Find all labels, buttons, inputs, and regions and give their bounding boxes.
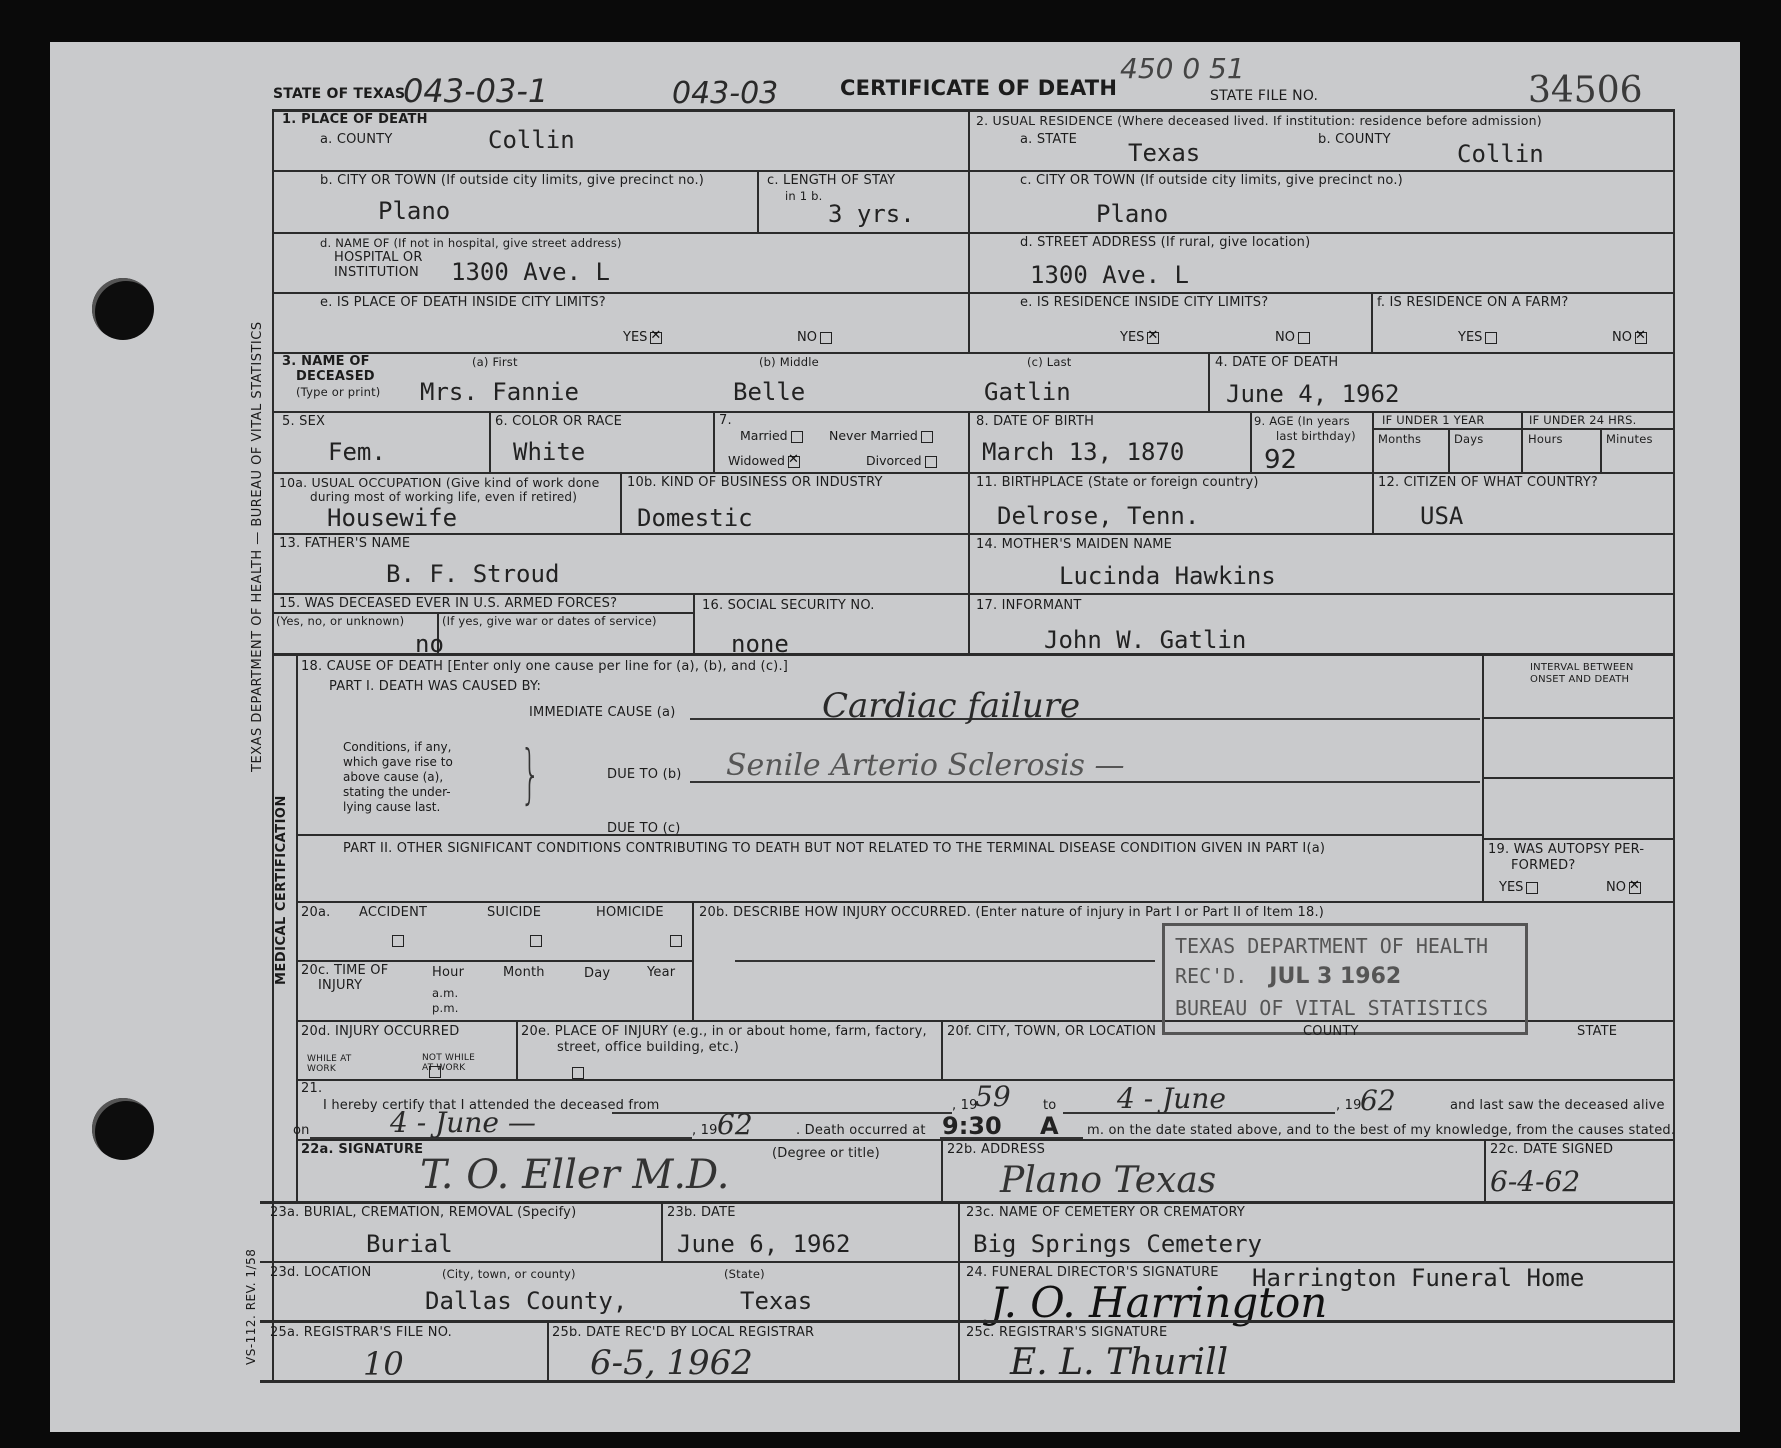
dob-field[interactable]: March 13, 1870	[982, 438, 1184, 466]
checkbox[interactable]	[1526, 882, 1538, 894]
last-name-field[interactable]: Gatlin	[984, 378, 1071, 406]
divider	[1208, 352, 1210, 412]
married-label: Married	[740, 428, 788, 443]
month-label: Month	[503, 965, 545, 980]
form-right-border	[1673, 109, 1675, 1381]
divider	[661, 1201, 663, 1261]
ssn-label: 16. SOCIAL SECURITY NO.	[702, 598, 875, 613]
stamped-file-number: 34506	[1528, 70, 1643, 111]
burial-date-field[interactable]: June 6, 1962	[677, 1230, 850, 1258]
divider	[1484, 1139, 1486, 1201]
homicide-label: HOMICIDE	[596, 905, 664, 920]
farm-label: f. IS RESIDENCE ON A FARM?	[1377, 295, 1568, 310]
age-label: 9. AGE (In years	[1254, 414, 1350, 428]
occupation-label: 10a. USUAL OCCUPATION (Give kind of work…	[279, 475, 600, 490]
divider	[1372, 411, 1374, 472]
armed-service-label: (If yes, give war or dates of service)	[442, 614, 657, 628]
never-married-label: Never Married	[829, 428, 918, 443]
divider	[260, 1261, 1673, 1263]
farm-yes[interactable]: YES	[1458, 330, 1497, 345]
marital-never-married[interactable]: Never Married	[829, 428, 933, 443]
divider	[968, 411, 970, 656]
divider	[273, 533, 1673, 535]
registrar-date-field[interactable]: 6-5, 1962	[590, 1343, 753, 1383]
to-label: to	[1043, 1098, 1056, 1113]
divider	[273, 170, 1673, 172]
sex-field[interactable]: Fem.	[328, 438, 386, 466]
to-date-field[interactable]: 4 - June	[1117, 1082, 1226, 1115]
burial-date-label: 23b. DATE	[667, 1205, 736, 1220]
page-title: CERTIFICATE OF DEATH	[840, 76, 1117, 100]
divider	[273, 593, 1673, 595]
part1-label: PART I. DEATH WAS CAUSED BY:	[329, 679, 541, 694]
length-of-stay-field[interactable]: 3 yrs.	[828, 200, 915, 228]
autopsy-yes[interactable]: YES	[1499, 880, 1538, 895]
due-to-b-label: DUE TO (b)	[607, 767, 682, 782]
divider	[713, 411, 715, 472]
location-city-field[interactable]: Dallas County,	[425, 1287, 627, 1315]
residence-limits-no[interactable]: NO	[1275, 330, 1310, 345]
first-name-label: (a) First	[472, 355, 518, 369]
divider	[693, 593, 695, 654]
divider	[273, 352, 1673, 354]
address-label: 22b. ADDRESS	[947, 1142, 1045, 1157]
not-while-at-work-checkbox[interactable]	[572, 1067, 584, 1079]
divider	[1373, 428, 1673, 430]
medical-left-border	[296, 655, 298, 1203]
occupation-field[interactable]: Housewife	[327, 504, 457, 532]
first-name-field[interactable]: Mrs. Fannie	[420, 378, 579, 406]
checkbox-checked[interactable]	[1147, 332, 1159, 344]
divorced-label: Divorced	[866, 453, 922, 468]
business-field[interactable]: Domestic	[637, 504, 753, 532]
registrar-signature[interactable]: E. L. Thurill	[1010, 1342, 1228, 1383]
divider	[1250, 411, 1252, 472]
note-line: lying cause last.	[343, 800, 453, 815]
form-top-border	[273, 109, 1674, 112]
immediate-cause-field[interactable]: Cardiac failure	[822, 686, 1080, 726]
while-at-work-label-2: WORK	[307, 1064, 351, 1074]
race-label: 6. COLOR OR RACE	[495, 414, 622, 429]
death-time-field[interactable]: 9:30	[942, 1112, 1002, 1140]
residence-county-label: b. COUNTY	[1318, 132, 1391, 147]
not-while-at-work[interactable]: NOT WHILEAT WORK	[422, 1053, 475, 1073]
physician-signature[interactable]: T. O. Eller M.D.	[420, 1152, 729, 1198]
name-label-2: DECEASED	[296, 369, 375, 384]
pm-label: p.m.	[432, 1001, 459, 1015]
father-label: 13. FATHER'S NAME	[279, 536, 410, 551]
yes-label: YES	[1458, 330, 1482, 345]
part2-label: PART II. OTHER SIGNIFICANT CONDITIONS CO…	[343, 841, 1325, 856]
stay-label: c. LENGTH OF STAY	[767, 173, 895, 188]
birthplace-field[interactable]: Delrose, Tenn.	[997, 502, 1199, 530]
form-code: VS-112. REV. 1/58	[244, 1249, 258, 1365]
marital-married[interactable]: Married	[740, 428, 803, 443]
divider	[298, 1139, 1673, 1141]
divider	[1483, 777, 1673, 779]
label-20c-2: INJURY	[318, 978, 362, 993]
informant-field[interactable]: John W. Gatlin	[1044, 626, 1246, 654]
widowed-label: Widowed	[728, 453, 785, 468]
accident-label: ACCIDENT	[359, 905, 427, 920]
autopsy-label: 19. WAS AUTOPSY PER-	[1488, 842, 1644, 857]
while-at-work-label: WHILE AT	[307, 1054, 351, 1064]
yes-label: YES	[1120, 330, 1144, 345]
location-state-field[interactable]: Texas	[740, 1287, 812, 1315]
minutes-label: Minutes	[1606, 432, 1653, 446]
suicide-label: SUICIDE	[487, 905, 541, 920]
residence-heading: 2. USUAL RESIDENCE (Where deceased lived…	[976, 113, 1542, 128]
hospital-label-3: INSTITUTION	[334, 265, 419, 280]
underline	[612, 1112, 952, 1114]
months-label: Months	[1378, 432, 1421, 446]
underline	[735, 960, 1155, 962]
divider	[1600, 429, 1602, 472]
no-label: NO	[1612, 330, 1632, 345]
checkbox[interactable]	[820, 332, 832, 344]
last-saw-text: and last saw the deceased alive	[1450, 1098, 1665, 1113]
divider	[273, 472, 1673, 474]
sex-label: 5. SEX	[282, 414, 325, 429]
checkbox[interactable]	[1485, 332, 1497, 344]
on-year-field[interactable]: 62	[717, 1108, 753, 1141]
note-line: above cause (a),	[343, 770, 453, 785]
degree-label: (Degree or title)	[772, 1146, 880, 1161]
marital-label: 7.	[719, 413, 732, 428]
vertical-medical-label: MEDICAL CERTIFICATION	[274, 795, 289, 985]
inside-limits-no[interactable]: NO	[797, 330, 832, 345]
hand-file-number: 450 0 51	[1120, 52, 1245, 85]
street-label: d. STREET ADDRESS (If rural, give locati…	[1020, 235, 1310, 250]
citizen-field[interactable]: USA	[1420, 502, 1463, 530]
label-20e: 20e. PLACE OF INJURY (e.g., in or about …	[521, 1024, 927, 1039]
armed-forces-field[interactable]: no	[415, 630, 444, 658]
divider	[547, 1320, 549, 1381]
registrar-date-label: 25b. DATE REC'D BY LOCAL REGISTRAR	[552, 1325, 814, 1340]
signature-label: 22a. SIGNATURE	[301, 1142, 423, 1157]
state-file-label: STATE FILE NO.	[1210, 88, 1318, 104]
checkbox-checked[interactable]	[1635, 332, 1647, 344]
no-label: NO	[797, 330, 817, 345]
age-field[interactable]: 92	[1264, 445, 1297, 475]
citizen-label: 12. CITIZEN OF WHAT COUNTRY?	[1378, 475, 1598, 490]
middle-name-field[interactable]: Belle	[733, 378, 805, 406]
brace-icon: }	[520, 743, 540, 807]
divider	[516, 1020, 518, 1080]
year-label: Year	[647, 965, 675, 980]
vertical-dept-label: TEXAS DEPARTMENT OF HEALTH — BUREAU OF V…	[250, 321, 265, 772]
under-day-label: IF UNDER 24 HRS.	[1529, 413, 1637, 427]
to-year-prefix: , 19	[1336, 1098, 1362, 1113]
address-field[interactable]: Plano Texas	[1000, 1160, 1216, 1201]
while-at-work[interactable]: WHILE ATWORK	[307, 1054, 351, 1074]
divider	[273, 232, 1673, 234]
cemetery-field[interactable]: Big Springs Cemetery	[973, 1230, 1262, 1258]
not-work-label: NOT WHILE	[422, 1053, 475, 1063]
checkbox[interactable]	[925, 456, 937, 468]
autopsy-no[interactable]: NO	[1606, 880, 1641, 895]
marital-widowed[interactable]: Widowed	[728, 453, 800, 468]
checkbox-checked[interactable]	[650, 332, 662, 344]
death-time-text: m. on the date stated above, and to the …	[1087, 1123, 1675, 1138]
location-city-label: (City, town, or county)	[442, 1267, 576, 1281]
state-column-label: STATE	[1577, 1024, 1617, 1039]
day-label: Day	[584, 966, 610, 981]
divider	[273, 292, 1673, 294]
am-label: a.m.	[432, 986, 458, 1000]
no-label: NO	[1606, 880, 1626, 895]
informant-label: 17. INFORMANT	[976, 598, 1081, 613]
death-occurred-label: . Death occurred at	[796, 1123, 926, 1138]
on-date-field[interactable]: 4 - June —	[390, 1106, 536, 1139]
divider	[1483, 838, 1673, 840]
interval-label: INTERVAL BETWEEN	[1530, 662, 1634, 673]
interval-label-2: ONSET AND DEATH	[1530, 674, 1629, 685]
last-name-label: (c) Last	[1027, 355, 1072, 369]
yes-label: YES	[623, 330, 647, 345]
armed-forces-label: 15. WAS DECEASED EVER IN U.S. ARMED FORC…	[279, 596, 617, 611]
label-21: 21.	[301, 1081, 322, 1096]
residence-city-field[interactable]: Plano	[1096, 200, 1168, 228]
divider	[260, 1320, 1673, 1323]
checkbox[interactable]	[921, 431, 933, 443]
divider	[298, 901, 1673, 903]
divider	[489, 411, 491, 472]
mother-label: 14. MOTHER'S MAIDEN NAME	[976, 537, 1172, 552]
stamp-line-3: BUREAU OF VITAL STATISTICS	[1175, 996, 1488, 1020]
on-label: on	[293, 1123, 310, 1138]
note-line: which gave rise to	[343, 755, 453, 770]
residence-limits-label: e. IS RESIDENCE INSIDE CITY LIMITS?	[1020, 295, 1268, 310]
form-bottom-border	[260, 1380, 1675, 1383]
divider	[1482, 655, 1484, 903]
date-signed-label: 22c. DATE SIGNED	[1490, 1142, 1613, 1157]
certificate-paper	[50, 42, 1740, 1432]
registrar-file-label: 25a. REGISTRAR'S FILE NO.	[270, 1325, 452, 1340]
residence-county-field[interactable]: Collin	[1457, 140, 1544, 168]
place-of-death-heading: 1. PLACE OF DEATH	[282, 112, 428, 127]
registrar-file-field[interactable]: 10	[363, 1345, 404, 1383]
checkbox[interactable]	[1298, 332, 1310, 344]
checkbox-checked[interactable]	[788, 456, 800, 468]
race-field[interactable]: White	[513, 438, 585, 466]
divider	[273, 653, 1673, 656]
stamp-received-label: REC'D.	[1175, 964, 1247, 988]
marital-divorced[interactable]: Divorced	[866, 453, 937, 468]
city-label: b. CITY OR TOWN (If outside city limits,…	[320, 173, 704, 188]
checkbox[interactable]	[791, 431, 803, 443]
occupation-label-2: during most of working life, even if ret…	[310, 490, 577, 504]
no-label: NO	[1275, 330, 1295, 345]
burial-method-field[interactable]: Burial	[366, 1230, 453, 1258]
residence-limits-yes[interactable]: YES	[1120, 330, 1159, 345]
divider	[298, 960, 693, 962]
hand-code-1: 043-03-1	[403, 72, 548, 110]
burial-method-label: 23a. BURIAL, CREMATION, REMOVAL (Specify…	[270, 1205, 576, 1220]
location-state-label: (State)	[724, 1267, 765, 1281]
not-work-label-2: AT WORK	[422, 1063, 475, 1073]
divider	[298, 834, 1484, 836]
divider	[1483, 717, 1673, 719]
death-ampm-field[interactable]: A	[1040, 1112, 1059, 1140]
residence-city-label: c. CITY OR TOWN (If outside city limits,…	[1020, 173, 1403, 188]
divider	[620, 472, 622, 533]
residence-state-label: a. STATE	[1020, 132, 1077, 147]
divider	[1521, 411, 1523, 472]
mother-field[interactable]: Lucinda Hawkins	[1059, 562, 1276, 590]
days-label: Days	[1454, 432, 1484, 446]
street-field[interactable]: 1300 Ave. L	[1030, 261, 1189, 289]
cemetery-label: 23c. NAME OF CEMETERY OR CREMATORY	[966, 1205, 1245, 1220]
from-year-field[interactable]: 59	[975, 1080, 1011, 1113]
to-year-field[interactable]: 62	[1360, 1084, 1396, 1117]
form-left-border	[272, 109, 274, 1380]
divider	[1372, 472, 1374, 533]
suicide-checkbox[interactable]	[530, 935, 542, 947]
hospital-label-2: HOSPITAL OR	[334, 250, 423, 265]
hand-code-2: 043-03	[672, 76, 778, 111]
cause-heading: 18. CAUSE OF DEATH [Enter only one cause…	[301, 659, 788, 674]
dob-label: 8. DATE OF BIRTH	[976, 414, 1094, 429]
label-20f: 20f. CITY, TOWN, OR LOCATION	[947, 1024, 1156, 1039]
conditions-note: Conditions, if any, which gave rise to a…	[343, 740, 453, 815]
divider	[968, 109, 970, 353]
punch-hole	[92, 1098, 154, 1160]
stamp-line-1: TEXAS DEPARTMENT OF HEALTH	[1175, 934, 1488, 958]
divider	[1371, 292, 1373, 352]
age-label-2: last birthday)	[1276, 429, 1356, 443]
name-label-3: (Type or print)	[296, 385, 380, 399]
registrar-signature-label: 25c. REGISTRAR'S SIGNATURE	[966, 1325, 1167, 1340]
county-label: a. COUNTY	[320, 132, 392, 147]
state-of-texas-label: STATE OF TEXAS	[273, 86, 405, 102]
farm-no[interactable]: NO	[1612, 330, 1647, 345]
hospital-label: d. NAME OF (If not in hospital, give str…	[320, 236, 622, 250]
date-of-death-label: 4. DATE OF DEATH	[1215, 355, 1338, 370]
middle-name-label: (b) Middle	[759, 355, 819, 369]
on-year-prefix: , 19	[692, 1123, 718, 1138]
armed-sub-label: (Yes, no, or unknown)	[276, 614, 404, 628]
under-year-label: IF UNDER 1 YEAR	[1382, 413, 1485, 427]
county-column-label: COUNTY	[1303, 1024, 1359, 1039]
stay-sublabel: in 1 b.	[785, 189, 822, 203]
yes-label: YES	[1499, 880, 1523, 895]
hour-label: Hour	[432, 965, 464, 980]
divider	[1448, 429, 1450, 472]
punch-hole	[92, 278, 154, 340]
divider	[941, 1139, 943, 1201]
ssn-field[interactable]: none	[731, 630, 789, 658]
inside-limits-yes[interactable]: YES	[623, 330, 662, 345]
divider	[757, 170, 759, 232]
divider	[260, 1201, 1673, 1204]
due-to-b-field[interactable]: Senile Arterio Sclerosis —	[726, 748, 1124, 783]
hospital-field[interactable]: 1300 Ave. L	[451, 258, 610, 286]
inside-limits-label: e. IS PLACE OF DEATH INSIDE CITY LIMITS?	[320, 295, 606, 310]
label-20d: 20d. INJURY OCCURRED	[301, 1024, 459, 1039]
label-20a: 20a.	[301, 905, 330, 920]
father-field[interactable]: B. F. Stroud	[386, 560, 559, 588]
name-label: 3. NAME OF	[282, 354, 370, 369]
date-signed-field[interactable]: 6-4-62	[1490, 1165, 1580, 1198]
received-stamp: TEXAS DEPARTMENT OF HEALTH REC'D. JUL 3 …	[1162, 923, 1528, 1035]
autopsy-label-2: FORMED?	[1511, 858, 1575, 873]
label-20b: 20b. DESCRIBE HOW INJURY OCCURRED. (Ente…	[699, 905, 1324, 920]
death-city-field[interactable]: Plano	[378, 197, 450, 225]
location-label: 23d. LOCATION	[270, 1265, 371, 1280]
note-line: stating the under-	[343, 785, 453, 800]
checkbox-checked[interactable]	[1629, 882, 1641, 894]
hours-label: Hours	[1528, 432, 1563, 446]
immediate-cause-label: IMMEDIATE CAUSE (a)	[529, 705, 676, 720]
from-year-prefix: , 19	[952, 1098, 978, 1113]
birthplace-label: 11. BIRTHPLACE (State or foreign country…	[976, 475, 1259, 490]
residence-state-field[interactable]: Texas	[1128, 139, 1200, 167]
label-20e-2: street, office building, etc.)	[557, 1040, 739, 1055]
underline	[690, 718, 1480, 720]
stamp-line-2: REC'D. JUL 3 1962	[1175, 964, 1401, 989]
business-label: 10b. KIND OF BUSINESS OR INDUSTRY	[627, 475, 883, 490]
accident-checkbox[interactable]	[392, 935, 404, 947]
divider	[958, 1201, 960, 1381]
divider	[941, 1020, 943, 1080]
death-county-field[interactable]: Collin	[488, 126, 575, 154]
stamp-date: JUL 3 1962	[1269, 964, 1401, 989]
note-line: Conditions, if any,	[343, 740, 453, 755]
homicide-checkbox[interactable]	[670, 935, 682, 947]
label-20c: 20c. TIME OF	[301, 963, 388, 978]
date-of-death-field[interactable]: June 4, 1962	[1226, 380, 1399, 408]
